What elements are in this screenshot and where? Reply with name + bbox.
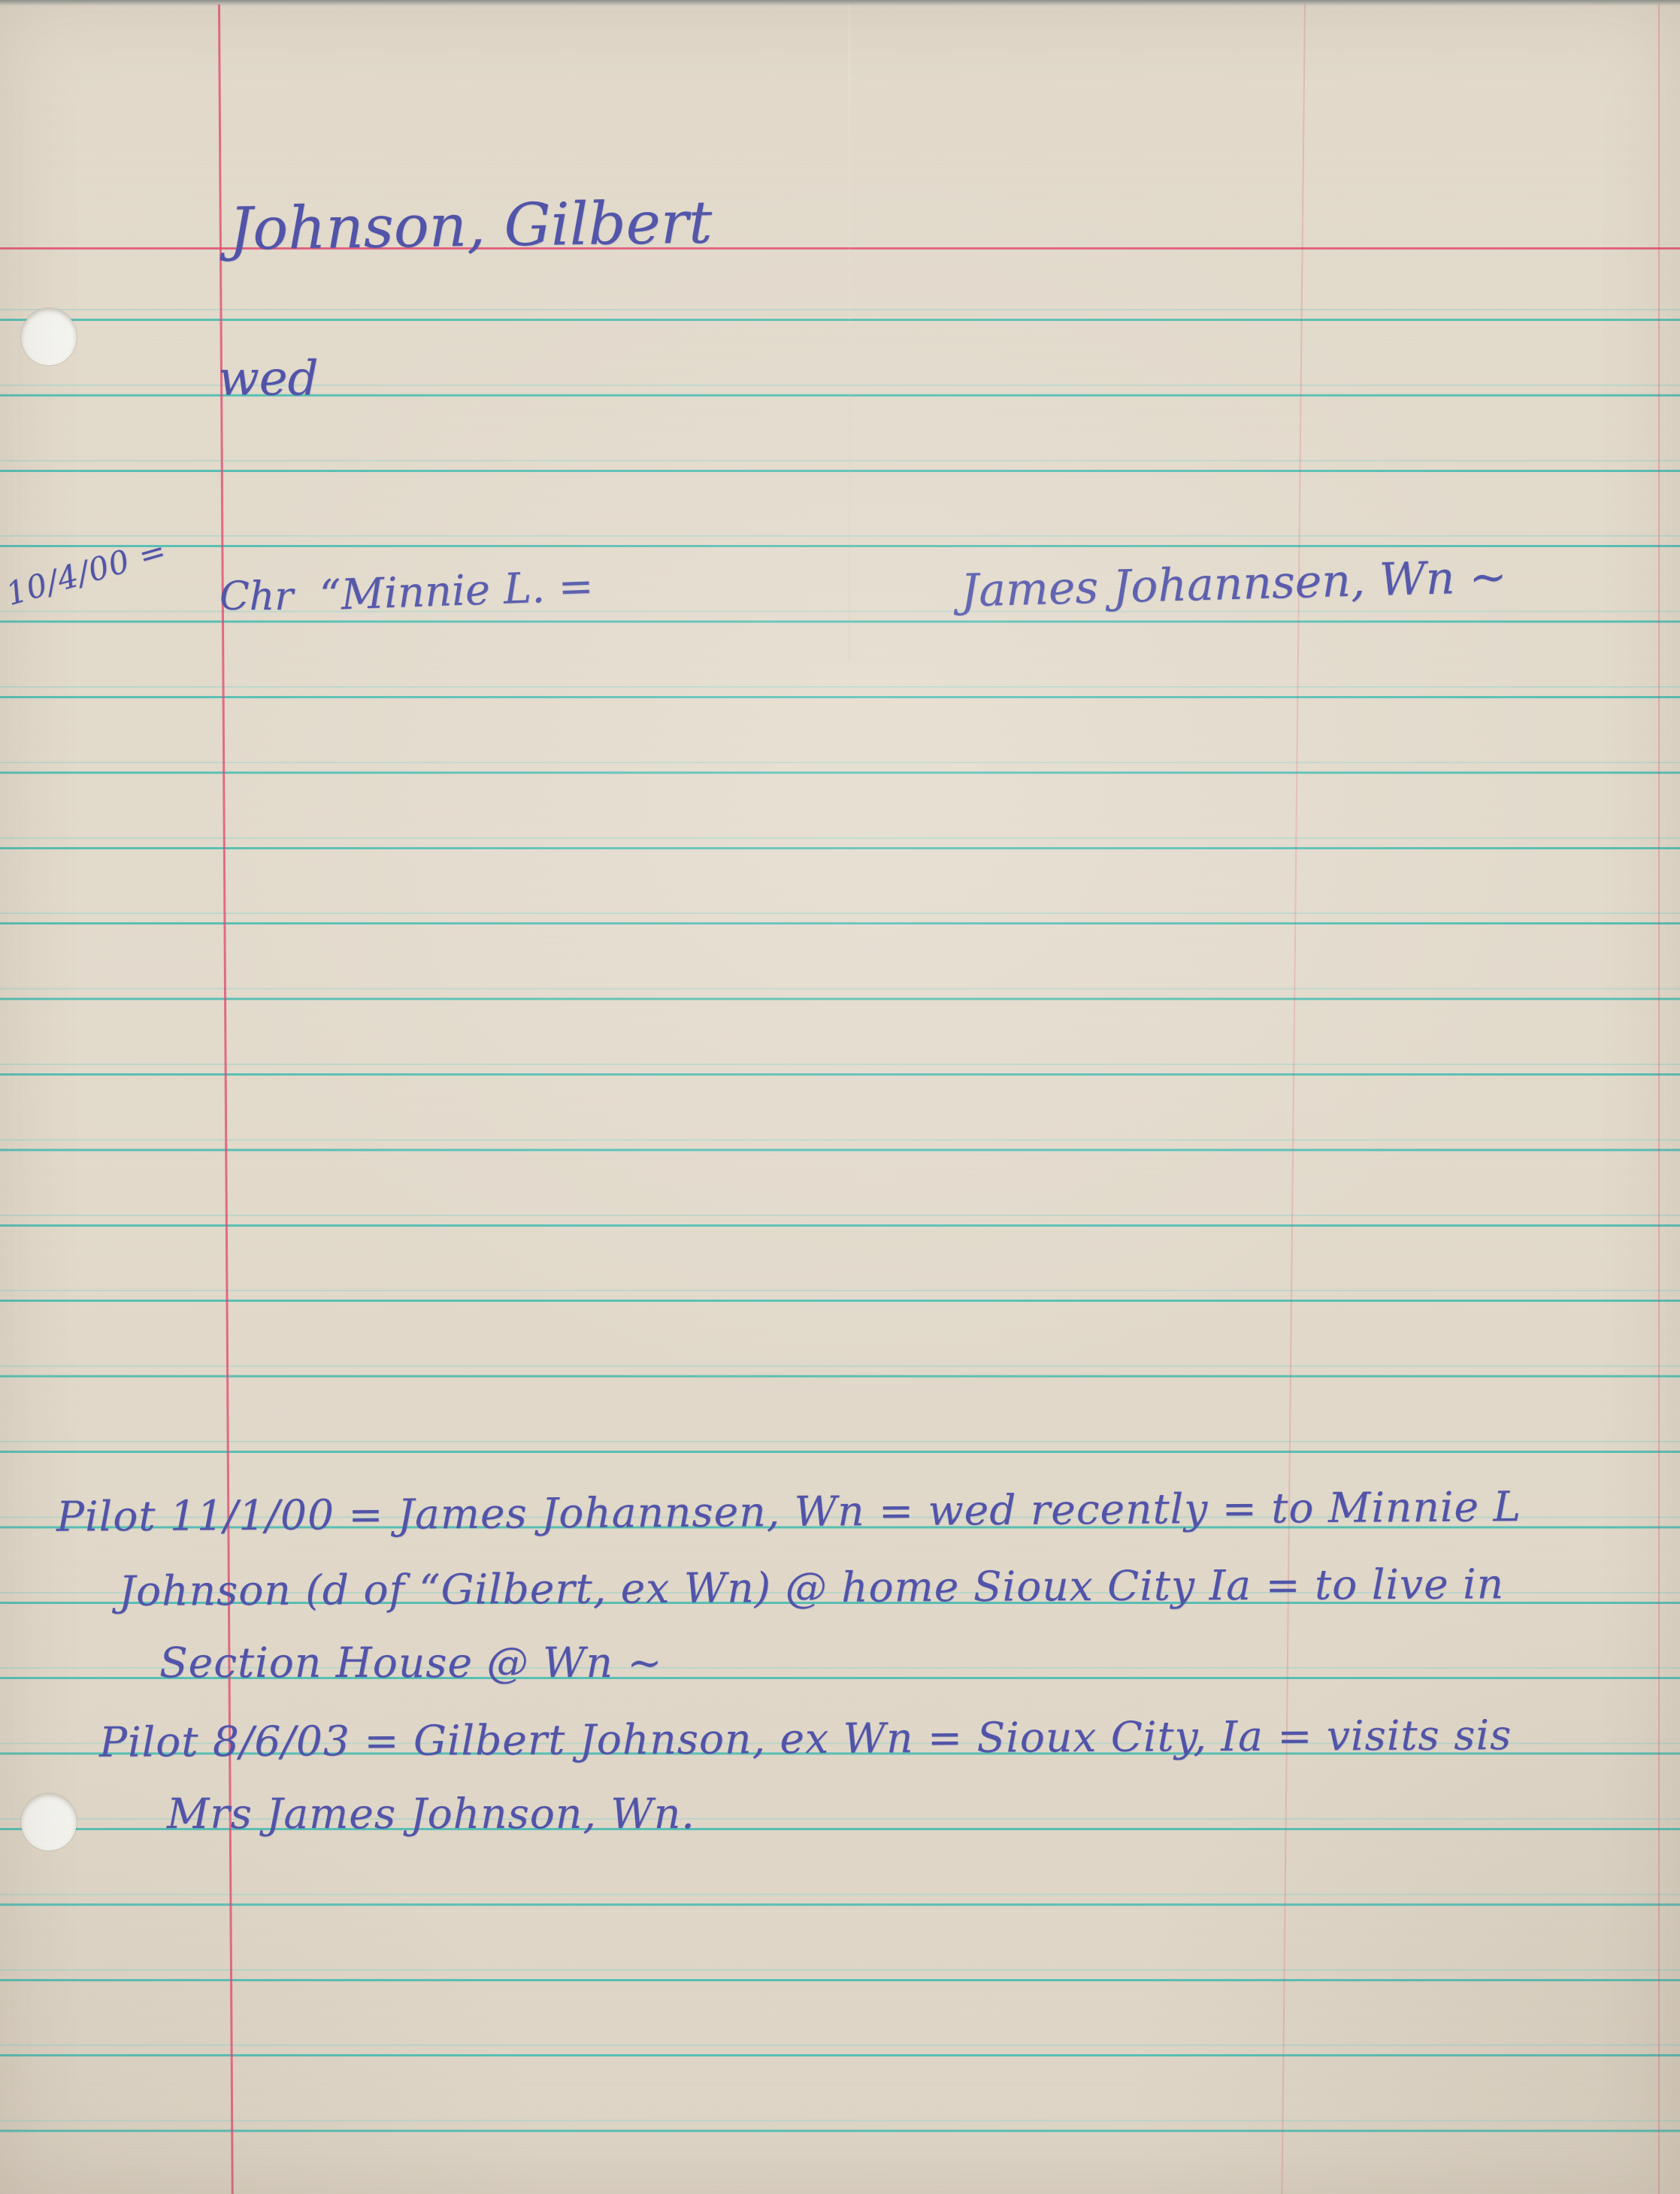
scanned-notebook-page: Johnson, Gilbert wed 10/4/00 = Chr “Minn… — [0, 0, 1680, 2194]
scan-edge-shadow — [0, 0, 1680, 6]
news-note-line-5: Mrs James Johnson, Wn. — [167, 1790, 695, 1838]
news-note-line-3: Section House @ Wn ∼ — [159, 1639, 663, 1687]
surname-header: Johnson, Gilbert — [229, 189, 713, 264]
category-note: wed — [218, 351, 319, 407]
news-note-line-4: Pilot 8/6/03 = Gilbert Johnson, ex Wn = … — [99, 1711, 1512, 1766]
christening-abbreviation: Chr — [219, 574, 293, 619]
punch-hole-top — [21, 308, 77, 365]
christening-child-name: “Minnie L. = — [319, 562, 595, 621]
punch-hole-bottom — [21, 1793, 77, 1851]
news-note-line-2: Johnson (d of “Gilbert, ex Wn) @ home Si… — [119, 1560, 1504, 1615]
right-edge-rule — [1658, 5, 1660, 2194]
news-note-line-1: Pilot 11/1/00 = James Johannsen, Wn = we… — [56, 1482, 1521, 1541]
